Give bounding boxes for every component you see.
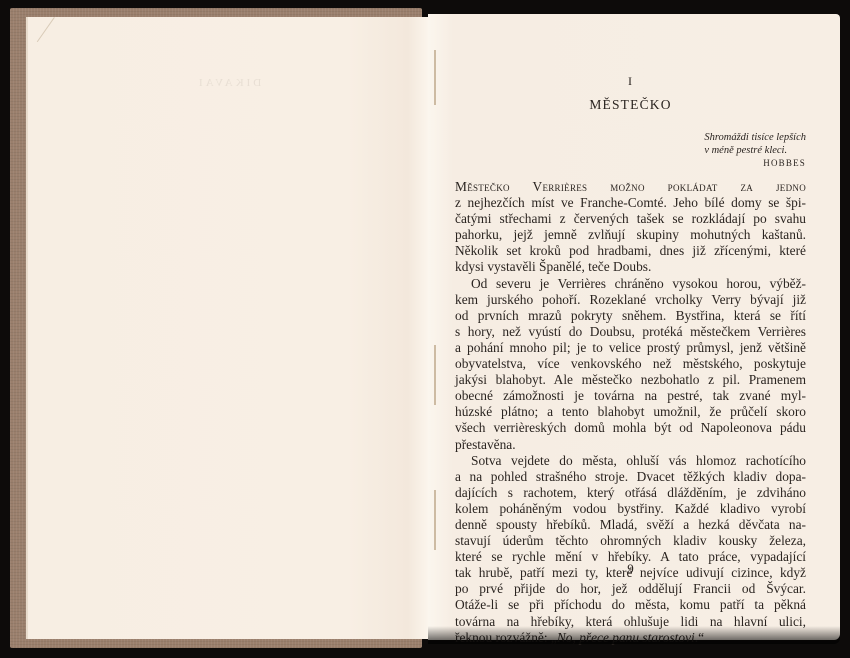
right-page: I MĚSTEČKO Shromáždi tisíce lepších v mé…	[428, 14, 840, 640]
text-line: z nejhezčích míst ve Franche-Comté. Jeho…	[455, 195, 806, 211]
chapter-number: I	[455, 74, 806, 89]
text-line: denně spousty hřebíků. Mladá, svěží a he…	[455, 517, 806, 533]
text-line: od prvních mrazů pokryty sněhem. Bystřin…	[455, 308, 806, 324]
chapter-title: MĚSTEČKO	[455, 97, 806, 113]
text-line: všech verrièreských domů mohla být od Na…	[455, 420, 806, 436]
text-line: a pohání mnoho pil; je to velice prostý …	[455, 340, 806, 356]
epigraph-line: Shromáždi tisíce lepších	[704, 132, 806, 145]
binding-thread	[434, 490, 436, 550]
text-line: dajících s rachotem, který otřásá dláždě…	[455, 485, 806, 501]
text-line: kdysi vystavěli Španělé, teče Doubs.	[455, 259, 806, 275]
text-line: Sotva vejdete do města, ohluší vás hlomo…	[455, 453, 806, 469]
text-line: přestavěna.	[455, 437, 806, 453]
text-line: kem jurského pohoří. Rozeklané vrcholky …	[455, 292, 806, 308]
text-line: pahorku, jejž jemně zvlňují skupiny mohu…	[455, 227, 806, 243]
epigraph-author: HOBBES	[704, 157, 806, 170]
page-crease	[37, 17, 55, 42]
text-line: jakýsi blahobyt. Ale městečko nezbohatlo…	[455, 372, 806, 388]
text-line: obyvatelstva, více venkovského než městs…	[455, 356, 806, 372]
text-line: s hory, než vyústí do Doubsu, protéká mě…	[455, 324, 806, 340]
page-bottom-shadow	[428, 626, 840, 644]
text-line: čatými střechami z červených tašek se ro…	[455, 211, 806, 227]
text-line: Od severu je Verrières chráněno vysokou …	[455, 276, 806, 292]
text-line: Několik set kroků pod hradbami, dnes již…	[455, 243, 806, 259]
text-line: obecné zámožnosti je továrna na pestré, …	[455, 388, 806, 404]
opening-line-small-caps: Městečko Verrières možno pokládat za jed…	[455, 179, 806, 195]
text-line: po prvé přijde do hor, jež oddělují Fran…	[455, 581, 806, 597]
text-line: a na pohled strašného stroje. Dvacet těž…	[455, 469, 806, 485]
left-page-blank: DIKAVAI	[26, 17, 428, 639]
binding-thread	[434, 345, 436, 405]
text-line: stavují úderům těchto ohromných kladiv k…	[455, 533, 806, 549]
text-line: húzské plátno; a tento blahobyt umožnil,…	[455, 404, 806, 420]
binding-thread	[434, 50, 436, 105]
epigraph-line: v méně pestré kleci.	[704, 145, 806, 158]
epigraph: Shromáždi tisíce lepších v méně pestré k…	[704, 132, 806, 170]
text-line: kolem poháněným vodou bystřiny. Každé kl…	[455, 501, 806, 517]
show-through-text: DIKAVAI	[196, 77, 261, 89]
text-line: Otáže-li se při příchodu do města, komu …	[455, 597, 806, 613]
page-number: 9	[455, 561, 806, 577]
